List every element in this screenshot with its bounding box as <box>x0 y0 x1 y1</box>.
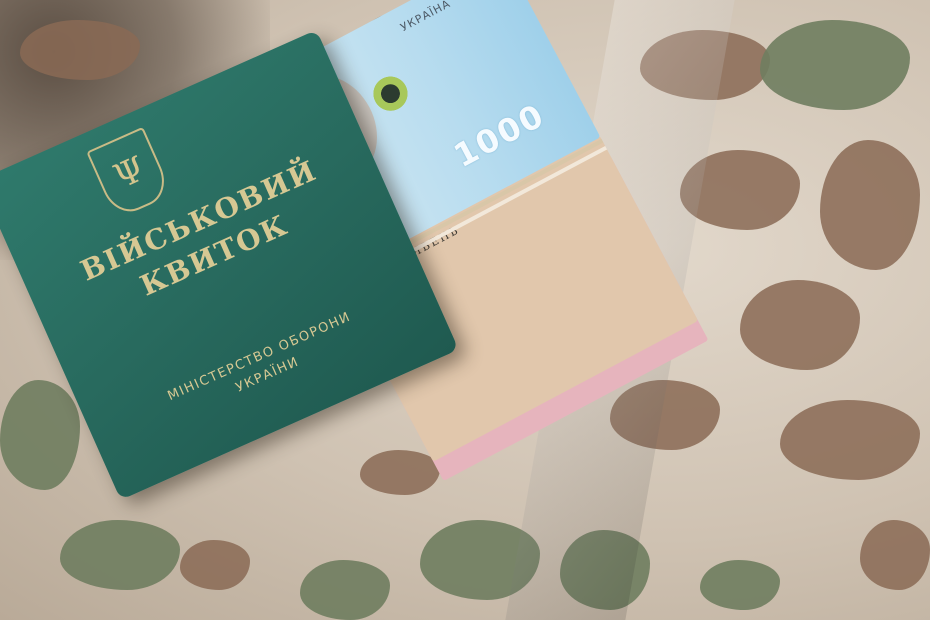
camo-spot <box>20 20 140 80</box>
camo-spot <box>0 380 80 490</box>
camo-spot <box>820 140 920 270</box>
camo-spot <box>60 520 180 590</box>
trident-coat-of-arms-icon: Ψ <box>86 127 173 220</box>
camo-spot <box>780 400 920 480</box>
camo-spot <box>740 280 860 370</box>
camo-spot <box>760 20 910 110</box>
banknote-country: УКРАЇНА <box>398 0 452 34</box>
camo-spot <box>300 560 390 620</box>
photo-scene: ГРИВЕНЬ УКРАЇНА 1000 Ψ ВІЙСЬКОВИЙ КВИТОК… <box>0 0 930 620</box>
camo-spot <box>700 560 780 610</box>
camo-spot <box>860 520 930 590</box>
banknote-denomination: 1000 <box>448 96 552 175</box>
camo-spot <box>180 540 250 590</box>
